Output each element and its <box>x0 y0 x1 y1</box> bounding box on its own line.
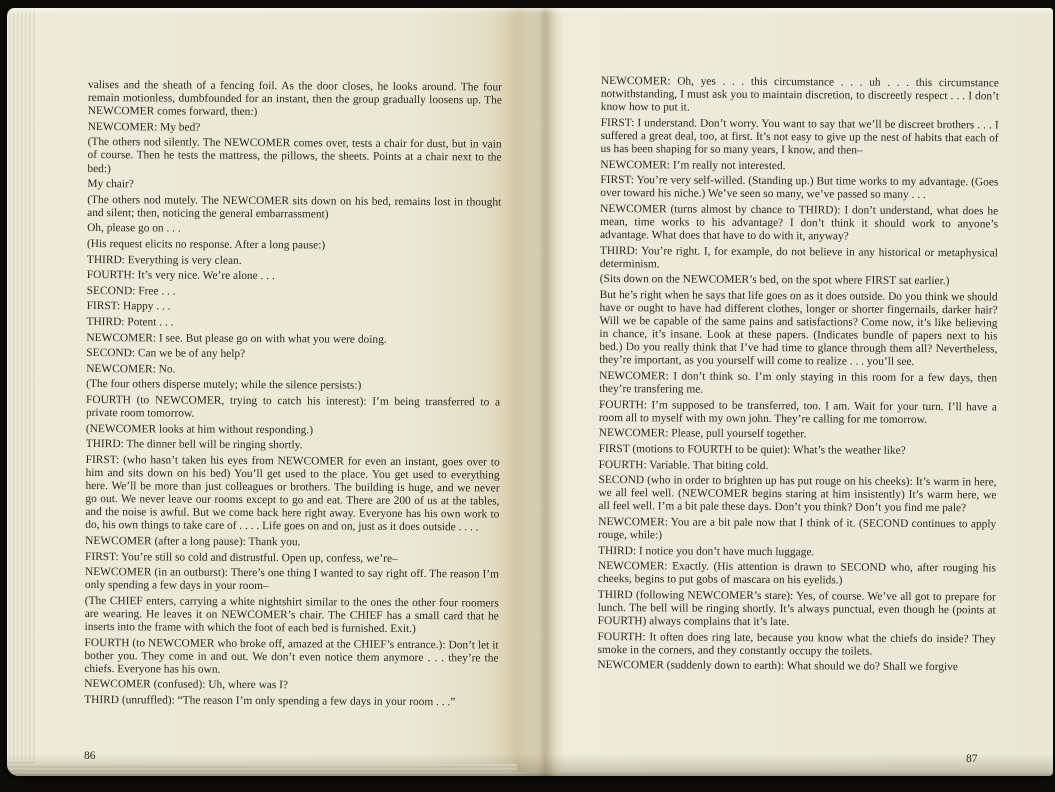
script-paragraph: SECOND (who in order to brighten up has … <box>598 474 996 516</box>
script-paragraph: NEWCOMER: I don’t think so. I’m only sta… <box>599 370 997 399</box>
script-paragraph: FIRST: (who hasn’t taken his eyes from N… <box>85 454 499 535</box>
script-paragraph: SECOND: Can we be of any help? <box>86 347 500 363</box>
script-paragraph: NEWCOMER: Please, pull yourself together… <box>599 427 997 443</box>
script-paragraph: THIRD: I notice you don’t have much lugg… <box>598 545 996 561</box>
script-paragraph: THIRD: You’re right. I, for example, do … <box>600 245 998 274</box>
script-paragraph: THIRD (unruffled): “The reason I’m only … <box>84 694 498 710</box>
script-paragraph: FOURTH: It often does ring late, because… <box>597 631 995 660</box>
script-paragraph: NEWCOMER: No. <box>86 363 500 379</box>
script-paragraph: NEWCOMER (confused): Uh, where was I? <box>84 678 498 694</box>
script-paragraph: (His request elicits no response. After … <box>87 238 501 254</box>
page-right-text: NEWCOMER: Oh, yes . . . this circumstanc… <box>597 75 999 677</box>
script-paragraph: NEWCOMER (in an outburst): There’s one t… <box>85 566 499 595</box>
script-paragraph: NEWCOMER: Exactly. (His attention is dra… <box>598 560 996 589</box>
script-paragraph: NEWCOMER: I’m really not interested. <box>600 159 998 175</box>
book-scan: { "book": { "description": "Open book sp… <box>0 0 1055 792</box>
script-paragraph: Oh, please go on . . . <box>87 222 501 238</box>
script-paragraph: NEWCOMER (suddenly down to earth): What … <box>597 659 995 675</box>
script-paragraph: FIRST: Happy . . . <box>87 300 501 316</box>
script-paragraph: But he’s right when he says that life go… <box>599 289 997 370</box>
script-paragraph: (Sits down on the NEWCOMER’s bed, on the… <box>600 273 998 289</box>
page-left-text: valises and the sheath of a fencing foil… <box>84 79 502 712</box>
script-paragraph: THIRD: Potent . . . <box>86 316 500 332</box>
script-paragraph: NEWCOMER (turns almost by chance to THIR… <box>600 203 998 245</box>
page-number-left: 86 <box>84 750 96 762</box>
page-edges-left <box>7 12 37 768</box>
script-paragraph: THIRD: Everything is very clean. <box>87 254 501 270</box>
page-number-right: 87 <box>966 753 978 765</box>
script-paragraph: SECOND: Free . . . <box>87 285 501 301</box>
script-paragraph: FOURTH (to NEWCOMER, trying to catch his… <box>86 394 500 423</box>
script-paragraph: (The CHIEF enters, carrying a white nigh… <box>85 595 499 637</box>
script-paragraph: (NEWCOMER looks at him without respondin… <box>86 423 500 439</box>
script-paragraph: (The others nod silently. The NEWCOMER c… <box>87 136 501 178</box>
script-paragraph: FOURTH (to NEWCOMER who broke off, amaze… <box>84 637 498 679</box>
script-paragraph: valises and the sheath of a fencing foil… <box>88 79 502 121</box>
script-paragraph: (The four others disperse mutely; while … <box>86 378 500 394</box>
script-paragraph: FIRST: I understand. Don’t worry. You wa… <box>601 117 999 159</box>
script-paragraph: My chair? <box>87 178 501 194</box>
script-paragraph: NEWCOMER: Oh, yes . . . this circumstanc… <box>601 75 999 117</box>
script-paragraph: NEWCOMER: My bed? <box>88 121 502 137</box>
script-paragraph: NEWCOMER: You are a bit pale now that I … <box>598 516 996 545</box>
script-paragraph: (The others nod mutely. The NEWCOMER sit… <box>87 194 501 223</box>
script-paragraph: FIRST: You’re very self-willed. (Standin… <box>600 174 998 203</box>
script-paragraph: THIRD (following NEWCOMER’s stare): Yes,… <box>598 589 996 631</box>
script-paragraph: FOURTH: I’m supposed to be transferred, … <box>599 399 997 428</box>
script-paragraph: THIRD: The dinner bell will be ringing s… <box>86 438 500 454</box>
script-paragraph: NEWCOMER (after a long pause): Thank you… <box>85 535 499 551</box>
script-paragraph: FIRST (motions to FOURTH to be quiet): W… <box>599 443 997 459</box>
script-paragraph: NEWCOMER: I see. But please go on with w… <box>86 332 500 348</box>
script-paragraph: FIRST: You’re still so cold and distrust… <box>85 550 499 566</box>
script-paragraph: FOURTH: Variable. That biting cold. <box>599 459 997 475</box>
script-paragraph: FOURTH: It’s very nice. We’re alone . . … <box>87 269 501 285</box>
